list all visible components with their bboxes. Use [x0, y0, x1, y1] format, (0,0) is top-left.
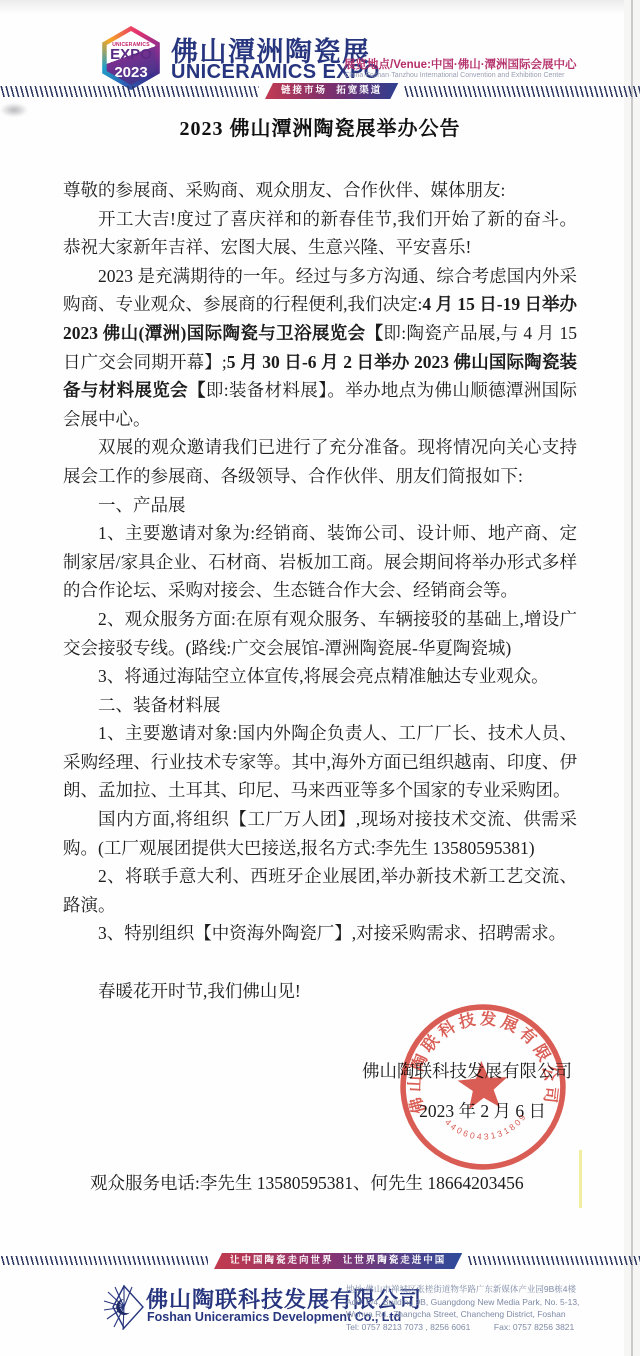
paragraph: 2、将联手意大利、西班牙企业展团,举办新技术新工艺交流、路演。: [63, 862, 577, 919]
address-line-english-2: Wuhua Rd., Zhangcha Street, Chancheng Di…: [346, 1308, 579, 1321]
venue-line-chinese: 展览地点/Venue:中国·佛山·潭洲国际会展中心: [344, 56, 577, 72]
address-line-english-1: Add: F/4, Building 9B, Guangdong New Med…: [346, 1296, 579, 1309]
expo-logo-badge: UNICERAMICS EXPO 2023: [99, 26, 163, 90]
service-phone-line: 观众服务电话:李先生 13580595381、何先生 18664203456: [90, 1170, 524, 1195]
venue-line-english: China·Foshan·Tanzhou International Conve…: [345, 72, 564, 79]
paragraph: 一、产品展: [63, 491, 577, 520]
header-ribbon-wrap: 链接市场 拓宽渠道: [259, 83, 404, 99]
footer-address-block: 地址:佛山市禅城区张槎街道物华路广东新媒体产业园9B栋4楼 Add: F/4, …: [346, 1283, 579, 1333]
seal-serial-number: 4406043131809: [443, 1112, 529, 1145]
text-segment: 2、观众服务方面:在原有观众服务、车辆接驳的基础上,增设广交会接驳专线。(路线:…: [63, 609, 577, 658]
svg-text:4406043131809: 4406043131809: [443, 1112, 529, 1145]
company-fan-logo-icon: [103, 1282, 145, 1332]
badge-expo-label: EXPO: [104, 48, 158, 62]
text-segment: 3、特别组织【中资海外陶瓷厂】,对接采购需求、招聘需求。: [98, 923, 566, 943]
text-segment: 2、将联手意大利、西班牙企业展团,举办新技术新工艺交流、路演。: [63, 866, 577, 915]
paragraph: 国内方面,将组织【工厂万人团】,现场对接技术交流、供需采购。(工厂观展团提供大巴…: [63, 805, 577, 862]
text-segment: 一、产品展: [98, 495, 186, 515]
text-segment: 双展的观众邀请我们已进行了充分准备。现将情况向关心支持展会工作的参展商、各级领导…: [63, 437, 577, 486]
red-company-seal: 佛山陶联科技发展有限公司 4406043131809: [390, 994, 576, 1180]
paragraph: 3、特别组织【中资海外陶瓷厂】,对接采购需求、招聘需求。: [63, 919, 577, 948]
header-slogan-ribbon: 链接市场 拓宽渠道: [265, 83, 398, 99]
paragraph: 1、主要邀请对象:国内外陶企负责人、工厂厂长、技术人员、采购经理、行业技术专家等…: [63, 719, 577, 805]
text-segment: 春暖花开时节,我们佛山见!: [98, 981, 301, 1001]
paragraph: 二、装备材料展: [63, 691, 577, 720]
footer-slogan-ribbon: 让中国陶瓷走向世界 让世界陶瓷走进中国: [214, 1253, 462, 1269]
paragraph: 3、将通过海陆空立体宣传,将展会亮点精准触达专业观众。: [63, 662, 577, 691]
text-segment: 国内方面,将组织【工厂万人团】,现场对接技术交流、供需采购。(工厂观展团提供大巴…: [63, 809, 577, 858]
announcement-title: 2023 佛山潭洲陶瓷展举办公告: [0, 112, 640, 141]
paragraph: 尊敬的参展商、采购商、观众朋友、合作伙伴、媒体朋友:: [63, 176, 577, 205]
address-line-tel-fax: Tel: 0757 8213 7073 , 8256 6061 Fax: 075…: [346, 1321, 579, 1334]
text-segment: 二、装备材料展: [98, 695, 221, 715]
expo-logo-badge-inner: UNICERAMICS EXPO 2023: [104, 31, 158, 85]
text-segment: 尊敬的参展商、采购商、观众朋友、合作伙伴、媒体朋友:: [63, 180, 505, 200]
paragraph: 2、观众服务方面:在原有观众服务、车辆接驳的基础上,增设广交会接驳专线。(路线:…: [63, 605, 577, 662]
yellow-scan-artifact: [579, 1150, 582, 1208]
scan-right-edge-line: [631, 0, 633, 1356]
scan-edge-top: [0, 0, 640, 14]
text-segment: 1、主要邀请对象:国内外陶企负责人、工厂厂长、技术人员、采购经理、行业技术专家等…: [63, 723, 577, 800]
paragraph: 2023 是充满期待的一年。经过与多方沟通、综合考虑国内外采购商、专业观众、参展…: [63, 262, 577, 434]
document-body: 尊敬的参展商、采购商、观众朋友、合作伙伴、媒体朋友:开工大吉!度过了喜庆祥和的新…: [63, 176, 577, 1005]
text-segment: 3、将通过海陆空立体宣传,将展会亮点精准触达专业观众。: [98, 666, 549, 686]
address-line-chinese: 地址:佛山市禅城区张槎街道物华路广东新媒体产业园9B栋4楼: [346, 1283, 579, 1296]
text-segment: 开工大吉!度过了喜庆祥和的新春佳节,我们开始了新的奋斗。恭祝大家新年吉祥、宏图大…: [63, 209, 577, 258]
paragraph: 双展的观众邀请我们已进行了充分准备。现将情况向关心支持展会工作的参展商、各级领导…: [63, 433, 577, 490]
footer-ribbon-wrap: 让中国陶瓷走向世界 让世界陶瓷走进中国: [208, 1253, 468, 1269]
paragraph: 开工大吉!度过了喜庆祥和的新春佳节,我们开始了新的奋斗。恭祝大家新年吉祥、宏图大…: [63, 205, 577, 262]
seal-star-icon: [456, 1059, 509, 1110]
scanned-announcement-page: UNICERAMICS EXPO 2023 佛山潭洲陶瓷展 UNICERAMIC…: [0, 0, 640, 1356]
paragraph: 1、主要邀请对象为:经销商、装饰公司、设计师、地产商、定制家居/家具企业、石材商…: [63, 519, 577, 605]
text-segment: 1、主要邀请对象为:经销商、装饰公司、设计师、地产商、定制家居/家具企业、石材商…: [63, 523, 577, 600]
badge-year-label: 2023: [104, 64, 158, 81]
